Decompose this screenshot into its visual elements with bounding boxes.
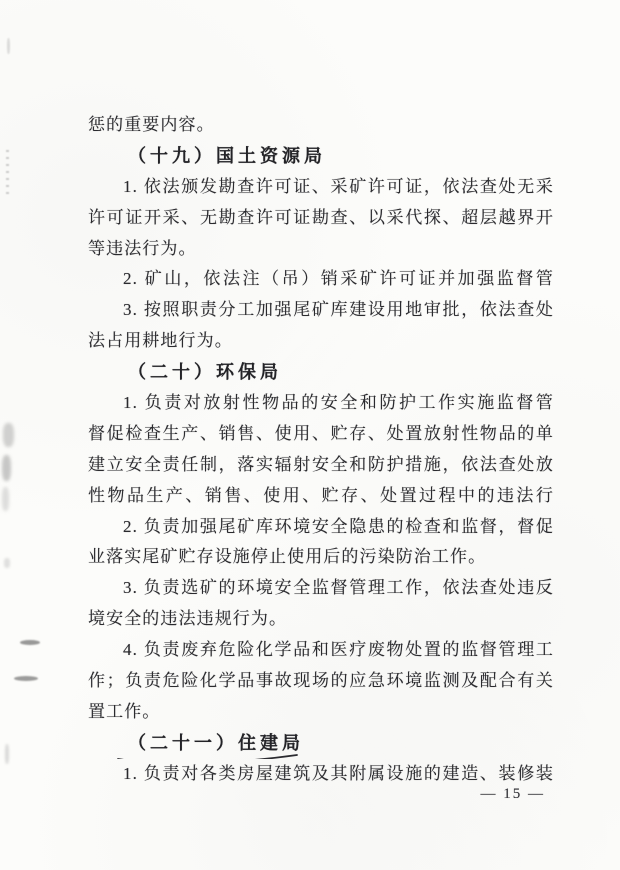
- scan-artifact: [4, 558, 10, 568]
- body-line: 置工作。: [88, 697, 554, 728]
- body-line: 建立安全责任制，落实辐射安全和防护措施，依法查处放射: [88, 450, 554, 481]
- body-line: 惩的重要内容。: [88, 110, 554, 141]
- body-line: 4. 负责废弃危险化学品和医疗废物处置的监督管理工: [88, 635, 554, 666]
- section-heading-19-land-resources-bureau: （十九）国土资源局: [88, 141, 554, 172]
- body-line: 1. 负责对放射性物品的安全和防护工作实施监督管理，: [88, 388, 554, 419]
- scan-artifact: [6, 150, 9, 194]
- body-line: 法占用耕地行为。: [88, 326, 554, 357]
- scan-artifact: [2, 487, 9, 511]
- document-body: 惩的重要内容。 （十九）国土资源局 1. 依法颁发勘查许可证、采矿许可证，依法查…: [88, 110, 554, 790]
- scan-artifact: [3, 423, 14, 447]
- page-number: — 15 —: [481, 786, 546, 803]
- body-line: 1. 依法颁发勘查许可证、采矿许可证，依法查处无采矿: [88, 172, 554, 203]
- section-heading-label: （二十一）住建局: [128, 733, 304, 753]
- body-line: 性物品生产、销售、使用、贮存、处置过程中的违法行为。: [88, 481, 554, 512]
- body-line: 1. 负责对各类房屋建筑及其附属设施的建造、装修装饰: [88, 759, 554, 790]
- scan-artifact: [5, 744, 9, 764]
- section-heading-20-environmental-protection-bureau: （二十）环保局: [88, 357, 554, 388]
- section-heading-21-housing-construction-bureau: （二十一）住建局: [88, 728, 554, 759]
- scan-artifact: [2, 455, 11, 481]
- body-line: 许可证开采、无勘查许可证勘查、以采代探、超层越界开采: [88, 203, 554, 234]
- scan-artifact: [14, 676, 38, 681]
- body-line: 督促检查生产、销售、使用、贮存、处置放射性物品的单位: [88, 419, 554, 450]
- body-line: 境安全的违法违规行为。: [88, 604, 554, 635]
- body-line: 业落实尾矿贮存设施停止使用后的污染防治工作。: [88, 542, 554, 573]
- body-line: 2. 矿山，依法注（吊）销采矿许可证并加强监督管理。: [88, 264, 554, 295]
- body-line: 3. 按照职责分工加强尾矿库建设用地审批，依法查处非: [88, 295, 554, 326]
- body-line: 2. 负责加强尾矿库环境安全隐患的检查和监督，督促企: [88, 512, 554, 543]
- body-line: 作；负责危险化学品事故现场的应急环境监测及配合有关处: [88, 666, 554, 697]
- scanned-document-page: 惩的重要内容。 （十九）国土资源局 1. 依法颁发勘查许可证、采矿许可证，依法查…: [0, 0, 620, 870]
- body-line: 3. 负责选矿的环境安全监督管理工作，依法查处违反环: [88, 573, 554, 604]
- scan-artifact: [7, 38, 10, 54]
- scan-artifact: [20, 640, 40, 645]
- body-line: 等违法行为。: [88, 234, 554, 265]
